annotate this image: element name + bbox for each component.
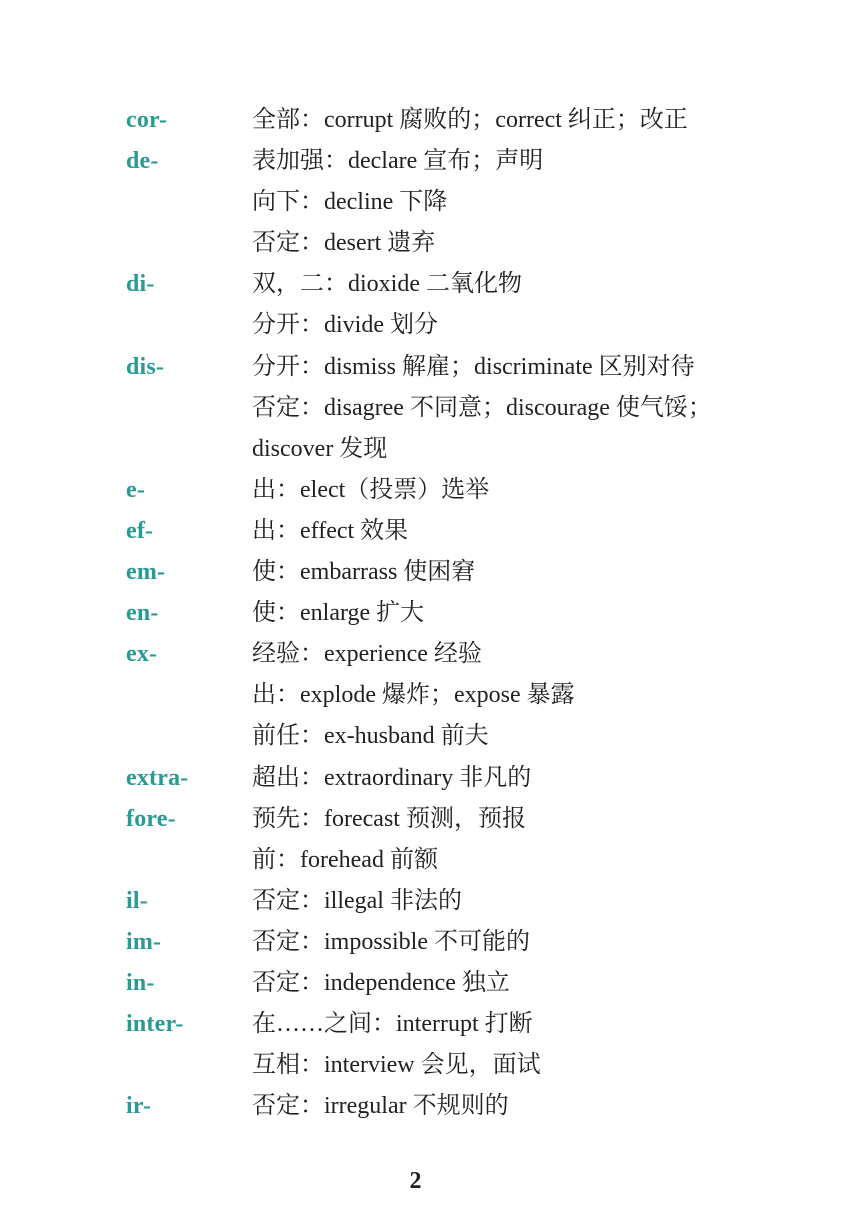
meaning-text: 否定：impossible 不可能的 [252,922,530,963]
prefix-label: ex- [126,634,157,675]
meaning-text: 前任：ex-husband 前夫 [252,716,489,757]
meaning-text: discover 发现 [252,429,387,470]
entry-row: fore-预先：forecast 预测，预报 [0,799,851,840]
entry-row: extra-超出：extraordinary 非凡的 [0,758,851,799]
meaning-text: 分开：divide 划分 [252,305,438,346]
prefix-label: dis- [126,347,164,388]
prefix-label: fore- [126,799,176,840]
meaning-text: 使：embarrass 使困窘 [252,552,475,593]
meaning-text: 在……之间：interrupt 打断 [252,1004,533,1045]
meaning-text: 预先：forecast 预测，预报 [252,799,526,840]
prefix-label: extra- [126,758,189,799]
meaning-text: 双，二：dioxide 二氧化物 [252,264,522,305]
entry-row: 分开：divide 划分 [0,305,851,346]
prefix-label: di- [126,264,155,305]
meaning-text: 表加强：declare 宣布；声明 [252,141,543,182]
meaning-text: 超出：extraordinary 非凡的 [252,758,531,799]
prefix-label: em- [126,552,165,593]
meaning-text: 向下：decline 下降 [252,182,447,223]
entry-row: di-双，二：dioxide 二氧化物 [0,264,851,305]
page-number: 2 [0,1168,831,1195]
meaning-text: 前：forehead 前额 [252,840,438,881]
entry-row: 互相：interview 会见，面试 [0,1045,851,1086]
entry-row: inter-在……之间：interrupt 打断 [0,1004,851,1045]
entry-row: de-表加强：declare 宣布；声明 [0,141,851,182]
entry-row: 否定：disagree 不同意；discourage 使气馁； [0,388,851,429]
entry-row: ef-出：effect 效果 [0,511,851,552]
entry-row: 出：explode 爆炸；expose 暴露 [0,675,851,716]
entry-row: ir-否定：irregular 不规则的 [0,1086,851,1127]
entry-row: discover 发现 [0,429,851,470]
entry-row: il-否定：illegal 非法的 [0,881,851,922]
meaning-text: 否定：desert 遗弃 [252,223,435,264]
prefix-label: de- [126,141,159,182]
entry-row: cor-全部：corrupt 腐败的；correct 纠正；改正 [0,100,851,141]
prefix-label: cor- [126,100,167,141]
prefix-label: en- [126,593,159,634]
entry-row: dis-分开：dismiss 解雇；discriminate 区别对待 [0,347,851,388]
entry-row: e-出：elect（投票）选举 [0,470,851,511]
meaning-text: 分开：dismiss 解雇；discriminate 区别对待 [252,347,695,388]
prefix-label: il- [126,881,148,922]
meaning-text: 出：explode 爆炸；expose 暴露 [252,675,575,716]
prefix-label: im- [126,922,161,963]
meaning-text: 全部：corrupt 腐败的；correct 纠正；改正 [252,100,688,141]
entry-row: 前任：ex-husband 前夫 [0,716,851,757]
prefix-label: in- [126,963,155,1004]
meaning-text: 互相：interview 会见，面试 [252,1045,541,1086]
meaning-text: 经验：experience 经验 [252,634,482,675]
meaning-text: 否定：disagree 不同意；discourage 使气馁； [252,388,712,429]
entry-row: in-否定：independence 独立 [0,963,851,1004]
entry-row: 向下：decline 下降 [0,182,851,223]
meaning-text: 否定：irregular 不规则的 [252,1086,509,1127]
meaning-text: 否定：independence 独立 [252,963,510,1004]
entry-row: 前：forehead 前额 [0,840,851,881]
entry-row: ex-经验：experience 经验 [0,634,851,675]
prefix-label: inter- [126,1004,184,1045]
prefix-label: ef- [126,511,153,552]
entry-row: en-使：enlarge 扩大 [0,593,851,634]
entry-row: em-使：embarrass 使困窘 [0,552,851,593]
meaning-text: 使：enlarge 扩大 [252,593,424,634]
entry-row: 否定：desert 遗弃 [0,223,851,264]
prefix-label: e- [126,470,145,511]
meaning-text: 出：effect 效果 [252,511,408,552]
meaning-text: 出：elect（投票）选举 [252,470,489,511]
meaning-text: 否定：illegal 非法的 [252,881,462,922]
entry-row: im-否定：impossible 不可能的 [0,922,851,963]
prefix-list: cor-全部：corrupt 腐败的；correct 纠正；改正de-表加强：d… [0,100,851,1127]
prefix-label: ir- [126,1086,151,1127]
